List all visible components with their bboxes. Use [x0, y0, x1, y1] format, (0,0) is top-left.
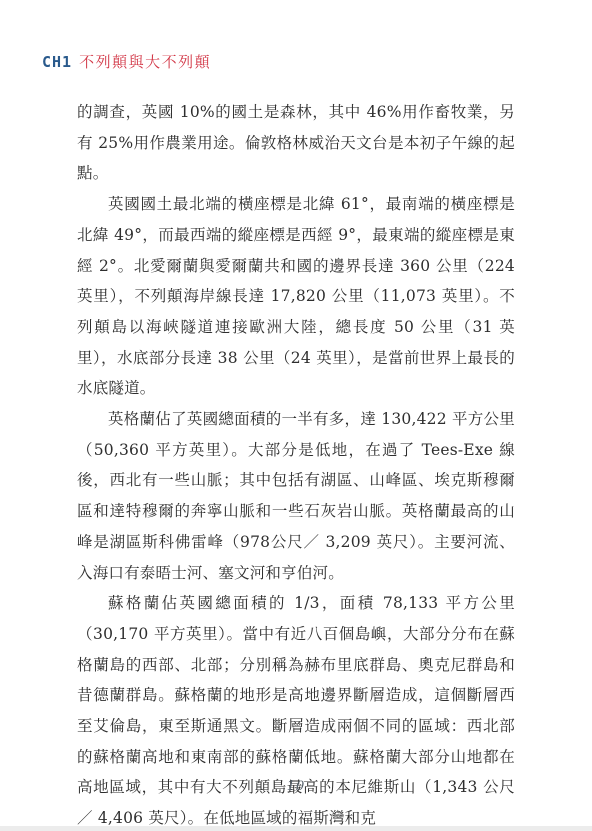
- chapter-number-label: CH1: [42, 53, 72, 71]
- paragraph: 蘇格蘭佔英國總面積的 1/3，面積 78,133 平方公里（30,170 平方英…: [77, 588, 515, 831]
- paragraph: 的調查，英國 10%的國土是森林，其中 46%用作畜牧業，另有 25%用作農業用…: [77, 97, 515, 189]
- chapter-title: 不列顛與大不列顛: [79, 51, 211, 72]
- page-bottom-edge: [0, 826, 592, 831]
- book-page: CH1 不列顛與大不列顛 的調查，英國 10%的國土是森林，其中 46%用作畜牧…: [0, 0, 592, 831]
- paragraph: 英國國土最北端的橫座標是北緯 61°，最南端的橫座標是北緯 49°，而最西端的縱…: [77, 189, 515, 404]
- running-header: CH1 不列顛與大不列顛: [42, 51, 211, 72]
- body-text: 的調查，英國 10%的國土是森林，其中 46%用作畜牧業，另有 25%用作農業用…: [77, 97, 515, 831]
- paragraph: 英格蘭佔了英國總面積的一半有多，達 130,422 平方公里（50,360 平方…: [77, 404, 515, 588]
- page-number: 10: [0, 779, 592, 794]
